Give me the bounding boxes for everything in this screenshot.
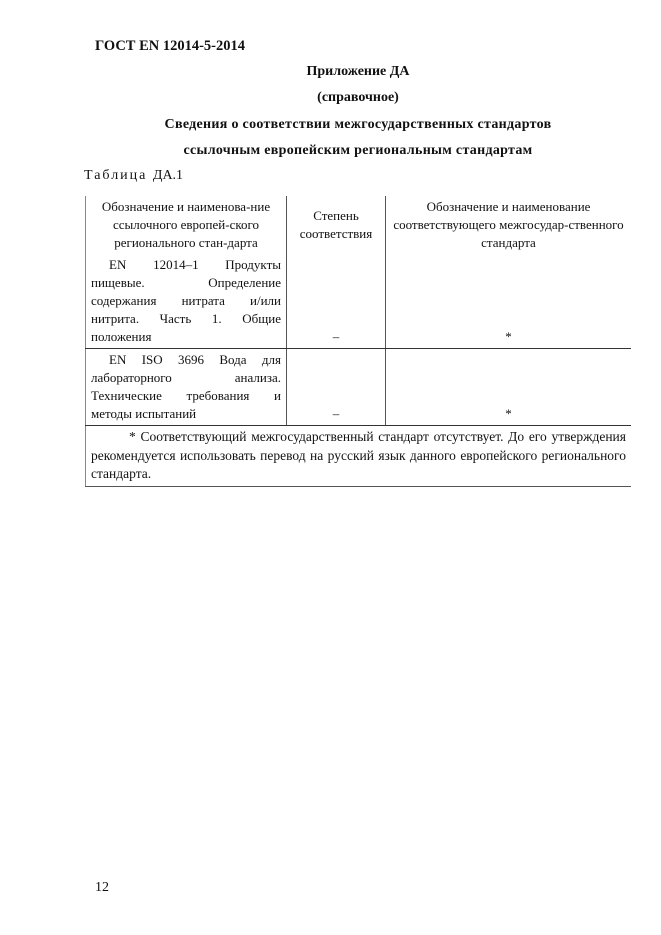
table-row: EN 12014–1 Продукты пищевые. Определение… — [86, 254, 632, 349]
table-row: EN ISO 3696 Вода для лабораторного анали… — [86, 349, 632, 426]
page-number: 12 — [95, 880, 109, 896]
cell-reference: EN ISO 3696 Вода для лабораторного анали… — [86, 349, 287, 426]
appendix-type: (справочное) — [85, 90, 631, 106]
appendix-heading-line2: ссылочным европейским региональным станд… — [85, 143, 631, 159]
table-caption-label: Таблица — [84, 168, 147, 183]
cell-degree: – — [287, 254, 386, 349]
table-caption-number: ДА.1 — [153, 168, 183, 183]
column-header-degree: Степень соответствия — [287, 196, 386, 254]
appendix-title: Приложение ДА — [85, 64, 631, 80]
cell-interstate: * — [386, 254, 632, 349]
cell-reference: EN 12014–1 Продукты пищевые. Определение… — [86, 254, 287, 349]
table-footnote: * Соответствующий межгосударственный ста… — [86, 426, 632, 487]
cell-interstate: * — [386, 349, 632, 426]
table-header-row: Обозначение и наименова-ние ссылочного е… — [86, 196, 632, 254]
appendix-heading-line1: Сведения о соответствии межгосударственн… — [85, 117, 631, 133]
table-caption: Таблица ДА.1 — [84, 168, 183, 184]
column-header-reference: Обозначение и наименова-ние ссылочного е… — [86, 196, 287, 254]
standards-table: Обозначение и наименова-ние ссылочного е… — [85, 196, 631, 487]
table-footnote-row: * Соответствующий межгосударственный ста… — [86, 426, 632, 487]
cell-degree: – — [287, 349, 386, 426]
document-id: ГОСТ EN 12014-5-2014 — [95, 38, 245, 55]
column-header-interstate: Обозначение и наименование соответствующ… — [386, 196, 632, 254]
